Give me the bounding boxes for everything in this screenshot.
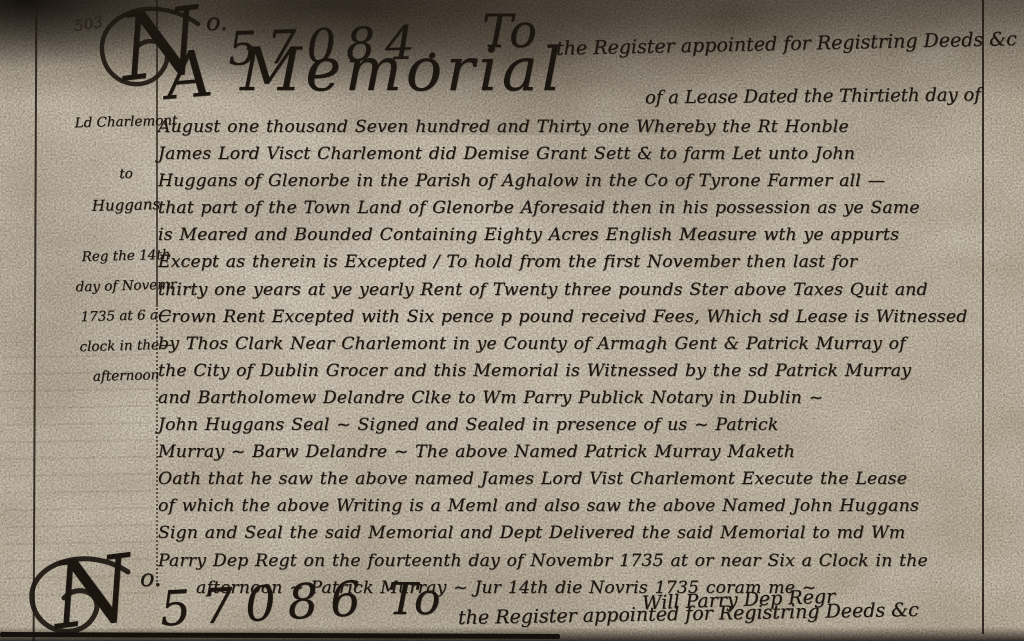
- margin-note-line: Huggans: [92, 195, 161, 215]
- memorial-title: Memorial: [240, 40, 565, 100]
- memorial-body-text: August one thousand Seven hundred and Th…: [158, 114, 988, 602]
- text-line: Sign and Seal the said Memorial and Dept…: [158, 520, 988, 547]
- next-register-address-line: the Register appointed for Registring De…: [458, 599, 919, 629]
- text-line: John Huggans Seal ~ Signed and Sealed in…: [158, 412, 988, 439]
- entry-number-superscript: o.: [206, 8, 228, 36]
- text-line: James Lord Visct Charlemont did Demise G…: [158, 141, 988, 168]
- text-line: Except as therein is Excepted / To hold …: [158, 249, 988, 276]
- memorial-title-a: A: [163, 42, 215, 110]
- text-line: Parry Dep Regt on the fourteenth day of …: [158, 548, 988, 575]
- next-salutation-to: To: [388, 578, 440, 622]
- text-line: that part of the Town Land of Glenorbe A…: [158, 195, 988, 222]
- text-line: Huggans of Glenorbe in the Parish of Agh…: [158, 168, 988, 195]
- text-line: is Meared and Bounded Containing Eighty …: [158, 222, 988, 249]
- text-line: August one thousand Seven hundred and Th…: [158, 114, 988, 141]
- bottom-dark-edge: [0, 627, 1024, 641]
- text-line: by Thos Clark Near Charlemont in ye Coun…: [158, 331, 988, 358]
- text-line: of which the above Writing is a Meml and…: [158, 493, 988, 520]
- text-line: Oath that he saw the above named James L…: [158, 466, 988, 493]
- register-page: 503 N o. 57084. To the Register appointe…: [0, 0, 1024, 641]
- memorial-title-continuation: of a Lease Dated the Thirtieth day of: [645, 85, 981, 109]
- margin-note-line: to: [119, 166, 133, 182]
- text-line: Murray ~ Barw Delandre ~ The above Named…: [158, 439, 988, 466]
- page-number: 503: [73, 13, 104, 35]
- text-line: thirty one years at ye yearly Rent of Tw…: [158, 277, 988, 304]
- text-line: Crown Rent Excepted with Six pence p pou…: [158, 304, 988, 331]
- text-line: the City of Dublin Grocer and this Memor…: [158, 358, 988, 385]
- next-entry-number-letter: N: [47, 547, 137, 639]
- text-line: and Bartholomew Delandre Clke to Wm Parr…: [158, 385, 988, 412]
- register-address-line: the Register appointed for Registring De…: [556, 28, 1017, 60]
- margin-note-line: afternoon: [93, 367, 160, 385]
